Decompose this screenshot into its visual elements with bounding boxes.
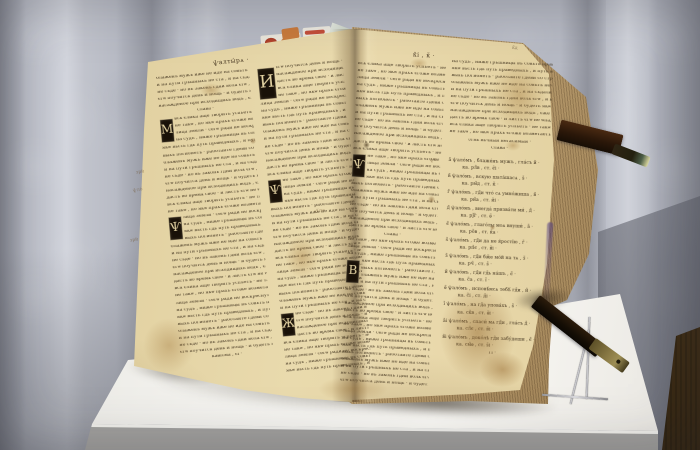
ornate-initial: Ѱ <box>352 154 366 178</box>
psalm-index-entry: ѕ̃ ѱало́мъ , гд̃и да не я́ростїю , г̃ ·к… <box>445 237 546 255</box>
psalm-index-entry: а̃і ѱало́мъ , спаси́ мѧ гд̃и , гла́съ д̃… <box>443 317 544 335</box>
text-column-right-1: всѧ єли́ка аще твори́тъ успѣ́етъ · не та… <box>340 62 446 391</box>
ornate-initial: Ѱ <box>268 179 283 203</box>
psalm-index-entry: з̃ ѱало́мъ , гд̃и бж̃е мо́й на тѧ́ , з̃ … <box>445 253 546 271</box>
ornate-initial: Ж <box>281 313 296 337</box>
antique-book: ѱалты́рѧ · к̃і , к̃ · к̃д блаже́нъ мужъ … <box>0 0 700 450</box>
psalm-index-entry: в̃і ѱало́мъ , доко́лѣ гд̃и забу́деши , є… <box>442 333 543 351</box>
ornate-initial: И <box>257 67 277 99</box>
strap-tip-hole <box>616 359 622 365</box>
folio-corner-mark: к̃д <box>512 46 518 51</box>
psalm-index-entry: в̃ ѱало́мъ , вскую шата́шасѧ , ѕ̃ ·ка. р… <box>448 173 549 191</box>
psalm-index-entry: є̃ ѱало́мъ , глаго́лы моѧ внуши́ , а̃ ·к… <box>446 221 547 239</box>
ink-blot <box>363 142 370 148</box>
psalm-index-entry: г̃ ѱало́мъ , гд̃и что́ сѧ умно́жиша , в̃… <box>447 189 548 207</box>
psalm-index-entry: а̃ ѱало́мъ , блаже́нъ мужъ , гла́съ и̃ ·… <box>448 157 549 175</box>
marginalia-note-3: зрѝ <box>130 237 139 243</box>
psalm-index-entry: д̃ ѱало́мъ , внегда́ призва́ти ми́ , д̃ … <box>446 205 547 223</box>
text-column-right-2-index: на су́дъ , ниже́ грѣ́шницы въ совѣ́тъ пр… <box>442 60 553 360</box>
psalm-index-entry: и̃ ѱало́мъ , гд̃и гд̃ь на́шъ , є̃ ·ка. с… <box>444 269 545 287</box>
ornate-initial: Ѱ <box>168 217 183 241</box>
ornate-initial: М <box>160 118 175 142</box>
ornate-initial: В <box>346 260 360 284</box>
exhibit-photo: ѱалты́рѧ · к̃і , к̃ · к̃д блаже́нъ мужъ … <box>0 0 700 450</box>
